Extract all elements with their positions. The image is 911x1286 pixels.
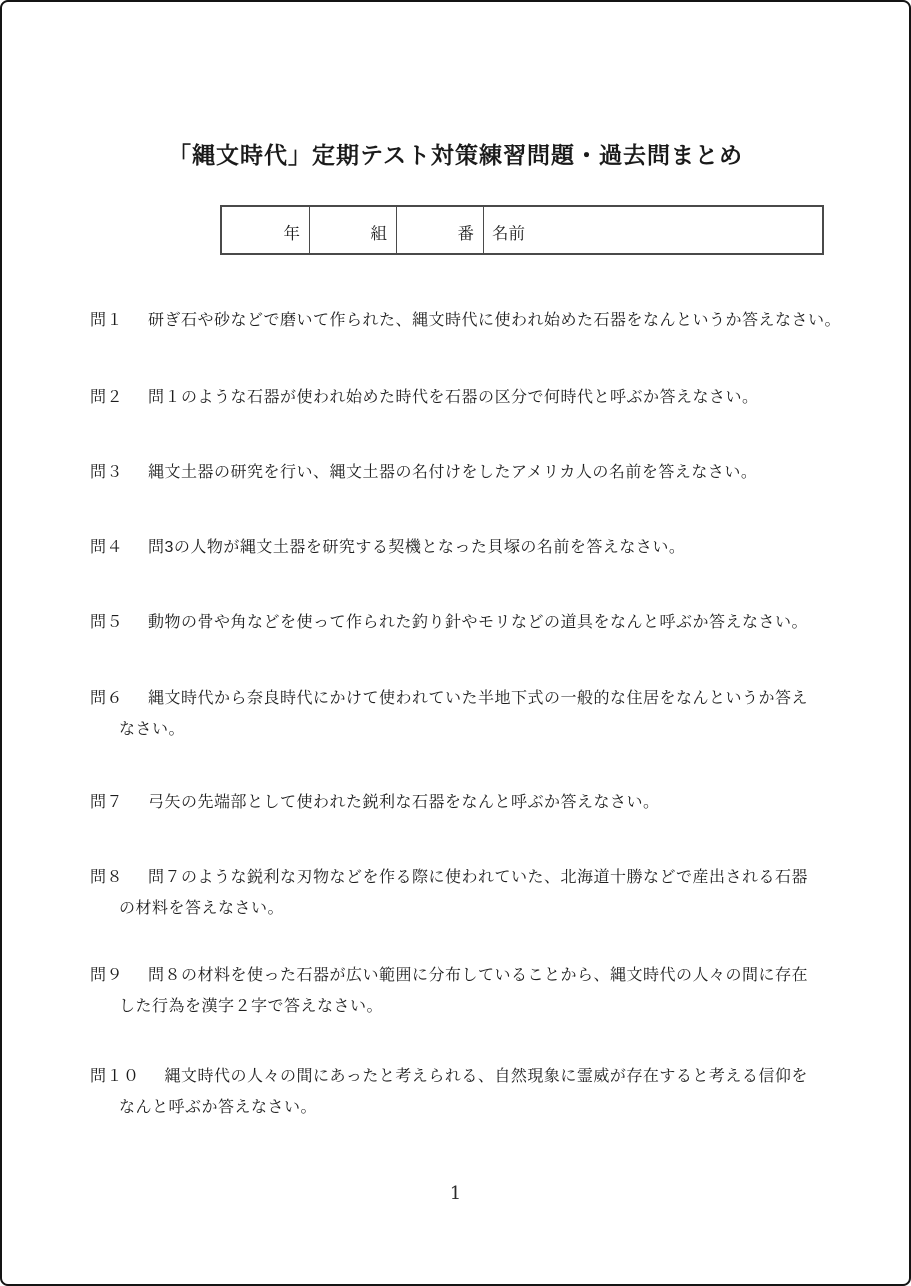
class-label: 組 <box>371 220 388 244</box>
question-1-text: 研ぎ石や砂などで磨いて作られた、縄文時代に使われ始めた石器をなんというか答えなさ… <box>148 312 841 329</box>
page-number: 1 <box>2 1183 909 1204</box>
question-4-line-1: 問４問3の人物が縄文土器を研究する契機となった貝塚の名前を答えなさい。 <box>90 532 890 563</box>
question-7-text: 弓矢の先端部として使われた鋭利な石器をなんと呼ぶか答えなさい。 <box>148 794 660 811</box>
question-2-number: 問２ <box>90 382 123 413</box>
question-5: 問５動物の骨や角などを使って作られた釣り針やモリなどの道具をなんと呼ぶか答えなさ… <box>90 607 890 638</box>
question-8-line-1: 問８問７のような鋭利な刃物などを作る際に使われていた、北海道十勝などで産出される… <box>90 862 890 893</box>
question-10: 問１０縄文時代の人々の間にあったと考えられる、自然現象に霊威が存在すると考える信… <box>90 1061 890 1123</box>
question-9-line-2: した行為を漢字２字で答えなさい。 <box>119 991 890 1022</box>
question-6: 問６縄文時代から奈良時代にかけて使われていた半地下式の一般的な住居をなんというか… <box>90 683 890 745</box>
question-3-line-1: 問３縄文土器の研究を行い、縄文土器の名付けをしたアメリカ人の名前を答えなさい。 <box>90 457 890 488</box>
question-10-line-1: 問１０縄文時代の人々の間にあったと考えられる、自然現象に霊威が存在すると考える信… <box>90 1061 890 1092</box>
page-title: 「縄文時代」定期テスト対策練習問題・過去問まとめ <box>2 138 909 172</box>
name-cell: 名前 <box>483 207 822 253</box>
year-label: 年 <box>284 220 301 244</box>
class-cell: 組 <box>309 207 396 253</box>
student-number-cell: 番 <box>396 207 483 253</box>
question-3-number: 問３ <box>90 457 123 488</box>
question-9-text: 問８の材料を使った石器が広い範囲に分布していることから、縄文時代の人々の間に存在 <box>148 967 808 984</box>
worksheet-page: 「縄文時代」定期テスト対策練習問題・過去問まとめ 年 組 番 名前 問１研ぎ石や… <box>0 0 911 1286</box>
question-10-line-2: なんと呼ぶか答えなさい。 <box>119 1092 890 1123</box>
question-7: 問７弓矢の先端部として使われた鋭利な石器をなんと呼ぶか答えなさい。 <box>90 787 890 818</box>
question-5-number: 問５ <box>90 607 123 638</box>
question-8-number: 問８ <box>90 862 123 893</box>
question-7-line-1: 問７弓矢の先端部として使われた鋭利な石器をなんと呼ぶか答えなさい。 <box>90 787 890 818</box>
name-label: 名前 <box>492 220 525 244</box>
question-3: 問３縄文土器の研究を行い、縄文土器の名付けをしたアメリカ人の名前を答えなさい。 <box>90 457 890 488</box>
question-8: 問８問７のような鋭利な刃物などを作る際に使われていた、北海道十勝などで産出される… <box>90 862 890 924</box>
question-4: 問４問3の人物が縄文土器を研究する契機となった貝塚の名前を答えなさい。 <box>90 532 890 563</box>
student-info-table: 年 組 番 名前 <box>220 205 824 255</box>
question-6-line-2: なさい。 <box>119 714 890 745</box>
question-10-text: 縄文時代の人々の間にあったと考えられる、自然現象に霊威が存在すると考える信仰を <box>165 1068 808 1085</box>
question-6-number: 問６ <box>90 683 123 714</box>
question-8-text: 問７のような鋭利な刃物などを作る際に使われていた、北海道十勝などで産出される石器 <box>148 869 808 886</box>
question-3-text: 縄文土器の研究を行い、縄文土器の名付けをしたアメリカ人の名前を答えなさい。 <box>148 464 757 481</box>
question-9-number: 問９ <box>90 960 123 991</box>
question-1-number: 問１ <box>90 305 123 336</box>
question-6-text: 縄文時代から奈良時代にかけて使われていた半地下式の一般的な住居をなんというか答え <box>148 690 808 707</box>
question-2-text: 問１のような石器が使われ始めた時代を石器の区分で何時代と呼ぶか答えなさい。 <box>148 389 759 406</box>
question-4-text: 問3の人物が縄文土器を研究する契機となった貝塚の名前を答えなさい。 <box>148 539 685 556</box>
question-5-line-1: 問５動物の骨や角などを使って作られた釣り針やモリなどの道具をなんと呼ぶか答えなさ… <box>90 607 890 638</box>
question-10-number: 問１０ <box>90 1061 140 1092</box>
question-1: 問１研ぎ石や砂などで磨いて作られた、縄文時代に使われ始めた石器をなんというか答え… <box>90 305 890 336</box>
question-9-line-1: 問９問８の材料を使った石器が広い範囲に分布していることから、縄文時代の人々の間に… <box>90 960 890 991</box>
question-4-number: 問４ <box>90 532 123 563</box>
student-number-label: 番 <box>458 220 475 244</box>
question-2-line-1: 問２問１のような石器が使われ始めた時代を石器の区分で何時代と呼ぶか答えなさい。 <box>90 382 890 413</box>
year-cell: 年 <box>222 207 309 253</box>
question-5-text: 動物の骨や角などを使って作られた釣り針やモリなどの道具をなんと呼ぶか答えなさい。 <box>148 614 808 631</box>
question-2: 問２問１のような石器が使われ始めた時代を石器の区分で何時代と呼ぶか答えなさい。 <box>90 382 890 413</box>
question-1-line-1: 問１研ぎ石や砂などで磨いて作られた、縄文時代に使われ始めた石器をなんというか答え… <box>90 305 890 336</box>
question-9: 問９問８の材料を使った石器が広い範囲に分布していることから、縄文時代の人々の間に… <box>90 960 890 1022</box>
question-8-line-2: の材料を答えなさい。 <box>119 893 890 924</box>
question-6-line-1: 問６縄文時代から奈良時代にかけて使われていた半地下式の一般的な住居をなんというか… <box>90 683 890 714</box>
question-7-number: 問７ <box>90 787 123 818</box>
